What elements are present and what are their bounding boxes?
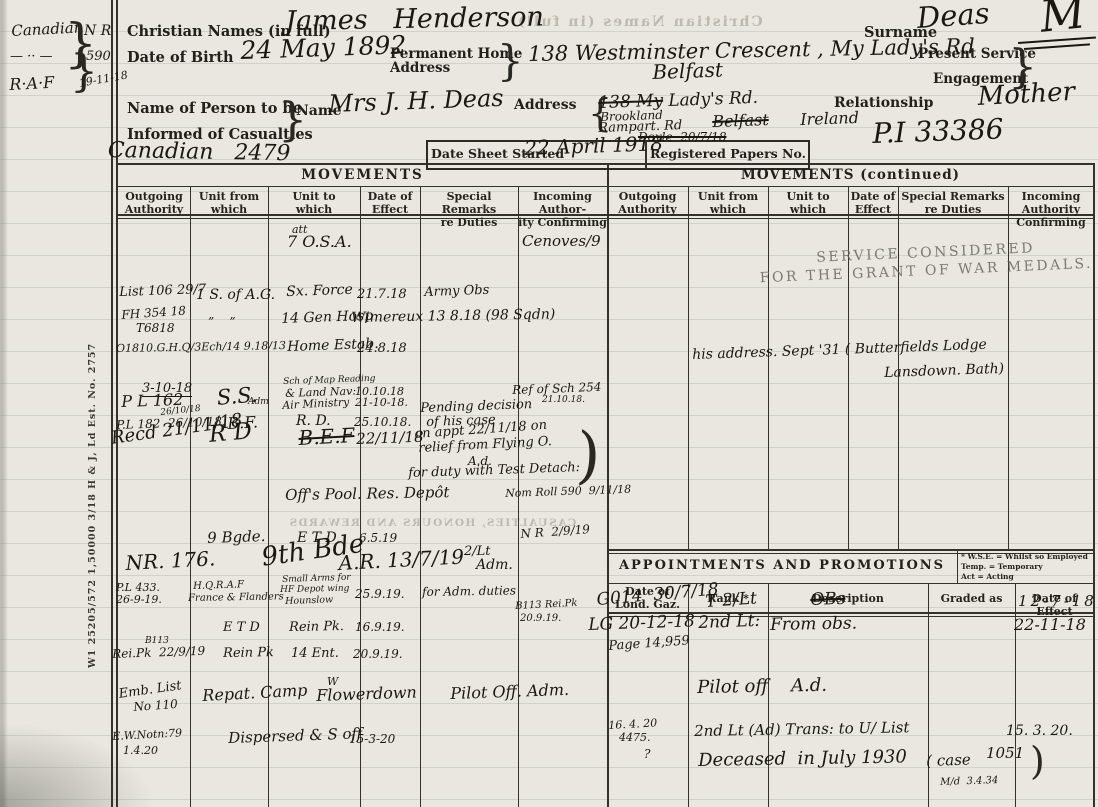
appt-row1-desc: OBs [810,591,846,609]
mv-row15-unit: Dispersed & S off [228,726,362,746]
col-outgoing-authority: OutgoingAuthority [607,190,688,216]
mv-row2-outgoing: List 106 29/7 [119,283,206,299]
casualty-address-keep2: Ireland [800,110,859,128]
mv-row11-outgoing-b: 26-9-19. [116,594,162,605]
registered-papers-value: P.I 33386 [872,115,1004,148]
address-label: Address [514,97,577,113]
note-act: Act = Acting [961,572,1093,582]
mv-row3-outgoing-a: FH 354 18 [121,304,186,320]
mv-row8-incoming: Nom Roll 590 9/11/18 [505,484,631,499]
mv-row11-date: 25.9.19. [355,588,405,600]
mv-row10-remarks-b: Adm. [476,558,513,572]
appt-row2-desc: From obs. [770,615,857,634]
appt-row4-gazette-a: 16. 4. 20 [608,717,657,731]
appointments-title: APPOINTMENTS AND PROMOTIONS [607,558,957,573]
margin-rule-thin [111,0,113,807]
grid-line [190,186,191,807]
bleed-through-text: Christian Names (in full) [516,14,763,30]
mv-row5-unit-to-c: Air Ministry [282,396,350,410]
grid-line [688,186,689,549]
mv-row13-date: 20.9.19. [353,648,403,660]
movements-continued-title: MOVEMENTS (continued) [607,167,1094,183]
mv-row7-remarks-d: for duty with Test Detach: [408,461,580,480]
appt-row2-gazette-b: Page 14,959 [608,634,690,653]
col-unit-from: Unit fromwhich [190,190,268,216]
relationship-value: Mother [977,79,1076,110]
mv-row8-unit-to: Off's Pool. Res. Depôt [285,485,450,503]
col-description: Description [768,592,928,605]
appt-row5-desc: Deceased in July 1930 [698,748,907,770]
christian-names-value: James Henderson [285,3,544,35]
margin-nr: N R [84,24,111,38]
mv-row9-unit-from: 9 Bgde. [207,529,266,546]
mv-row15-outgoing-a: E.W.Notn:79 [112,727,182,742]
mv-row13-outgoing-b: Rei.Pk 22/9/19 [112,645,205,660]
mv-row7-unit-from: R D [208,420,253,447]
mv-row12-date: 16.9.19. [355,621,405,633]
mv-row11-unit-to-b: HF Depot wing [280,585,349,595]
appt-row3-rank: Pilot off A.d. [697,677,827,697]
mv-row15-date: 15-3-20 [349,733,395,745]
col-special-remarks: Special Remarksre Duties [420,190,518,229]
service-record-sheet: Christian Names (in full)CASUALTIES, HON… [0,0,1098,807]
appointments-abbrev-notes: * W.S.E. = Whilst so Employed Temp. = Te… [961,552,1093,582]
home-address-label-line2: Address [390,60,450,76]
appt-row5-note-b: 1051 [986,746,1024,761]
dob-value: 24 May 1892 [240,32,407,63]
mv-row12-unit-to: Rein Pk. [289,620,344,634]
appt-row1-date: 12-7-18 [1018,594,1097,609]
col-special-remarks: Special Remarksre Duties [898,190,1008,216]
home-address-brace: } [497,40,524,82]
mv-row5-date-b: 21-10-18. [355,397,408,408]
mv-row4-outgoing: O1810.G.H.Q/3Ech/14 9.18/13 [116,340,286,354]
grid-line [268,186,269,807]
appt-row5-note-c: ) [1030,742,1045,780]
mv-row11-incoming-b: 20.9.19. [520,614,561,624]
mv-row14-unit-a: Repat. Camp [202,682,308,703]
col-outgoing-authority: OutgoingAuthority [118,190,190,216]
margin-force: R·A·F [9,75,55,93]
mv-row9-incoming: N R 2/9/19 [520,523,590,540]
col-date-of-effect: Date ofEffect [360,190,420,216]
mv-row14-outgoing-b: No 110 [133,698,178,713]
grid-line [768,186,769,549]
grid-line [607,549,1094,551]
mv-row9-date: 6.5.19 [359,532,397,544]
address-note-a: his address. Sept '31 ( Butterfields Lod… [692,338,987,362]
mv-row10-date: A.R. 13/7/19 [338,546,465,573]
mv-row12-unit-from: E T D [223,621,260,634]
appt-row4-gazette-b: 4475. [619,732,651,743]
reference-number: Canadian 2479 [108,140,291,165]
mv-row11-outgoing-a: P.L 433. [116,582,160,593]
mv-row14-unit-c: Flowerdown [316,684,417,703]
mv-row3-ditto: ” ” [208,316,236,328]
mv-row4-date: 24.8.18 [357,342,407,355]
mv-row6-date: 25.10.18. [354,416,411,428]
person-informed-label-line1: Name of Person to be [127,100,302,117]
mv-row2-unit-from: 1 S. of A.G. [196,288,275,302]
mv-row1-incoming: Cenoves/9 [522,234,601,249]
mv-row13-unit-from: Rein Pk [223,646,274,660]
margin-number: 590 [86,50,111,63]
mv-row5-incoming-b: 21.10.18. [542,396,585,405]
mv-row3-date-remarks: Wimereux 13 8.18 (98 Sqdn) [351,307,555,325]
registered-papers-label: Registered Papers No. [650,146,806,161]
appt-row5-note-d: M/d 3.4.34 [940,776,999,788]
home-address-line2: Belfast [652,60,723,82]
printer-imprint: W1 25205/572 1,50000 3/18 H & J, Ld Est.… [87,343,98,668]
mv-row7-unit-to: B.E.F [298,425,355,448]
mv-row13-unit-to: 14 Ent. [291,647,339,660]
appt-row2-date: 22-11-18 [1014,617,1086,633]
appt-row1-rank: T 2/Lt [705,590,757,611]
appt-row5-note-a: ( case [926,752,971,769]
mv-row11-remarks: for Adm. duties [422,584,516,598]
war-medals-stamp: SERVICE CONSIDERED FOR THE GRANT OF WAR … [744,236,1098,288]
casualty-name-value: Mrs J. H. Deas [328,86,504,116]
surname-value: Deas [916,0,990,33]
surname-paraph: M [1038,0,1087,40]
mv-row11-incoming-a: B113 Rei.Pk [515,599,578,612]
mv-row1-unit-to-b: 7 O.S.A. [287,234,352,250]
mv-row14-remarks: Pilot Off. Adm. [450,682,569,702]
mv-row11-unit-from-a: H.Q.R.A.F [193,580,244,592]
date-sheet-value: 22 April 1918 [524,133,663,158]
appt-row2-rank: 2nd Lt: [698,613,760,632]
mv-row2-remarks: Army Obs [424,284,489,299]
home-address-line1: 138 Westminster Crescent , My Lady's Rd [528,36,975,65]
dob-label: Date of Birth [127,49,234,66]
appt-row4-date: 15. 3. 20. [1006,724,1073,738]
mv-row11-unit-from-b: France & Flanders [188,592,284,604]
casualty-address-strike2: Belfast [712,112,769,130]
mv-row5-incoming-a: Ref of Sch 254 [512,381,602,396]
mv-row11-unit-to-c: Hounslow [285,595,333,606]
grid-line [116,186,1094,187]
col-unit-to: Unit towhich [768,190,848,216]
col-unit-from: Unit fromwhich [688,190,768,216]
mv-row15-outgoing-b: 1.4.20 [123,745,158,756]
movements-title: MOVEMENTS [118,167,607,183]
col-incoming-authority: Incoming AuthorityConfirming [1008,190,1094,229]
appt-row4-rank-desc: 2nd Lt (Ad) Trans: to U/ List [694,720,910,739]
casualty-address-keep1: Lady's Rd. [668,90,758,110]
grid-line [957,549,958,583]
mv-row2-date: 21.7.18 [357,288,407,301]
note-wse: * W.S.E. = Whilst so Employed [961,552,1093,562]
grid-line [848,186,849,549]
appt-row4-query: ? [644,748,650,760]
mv-row10-outgoing: NR. 176. [125,548,216,573]
mv-row7-flourish: ) [575,424,602,487]
mv-row5-unit-from-b: Adm [248,398,269,407]
grid-line [928,583,929,807]
col-incoming-authority: Incoming Author-ity Confirming [518,190,607,229]
col-graded-as: Graded as [928,592,1015,605]
mv-row3-outgoing-b: T6818 [136,322,175,334]
margin-dashes: — ·· — [10,50,53,63]
appt-row2-gazette: LG 20-12-18 [588,613,695,634]
note-temp: Temp. = Temporary [961,562,1093,572]
col-date-of-effect: Date ofEffect [848,190,898,216]
mv-row2-unit-to: Sx. Force [286,283,353,299]
address-note-b: Lansdown. Bath) [884,362,1004,380]
col-unit-to: Unit towhich [268,190,360,216]
